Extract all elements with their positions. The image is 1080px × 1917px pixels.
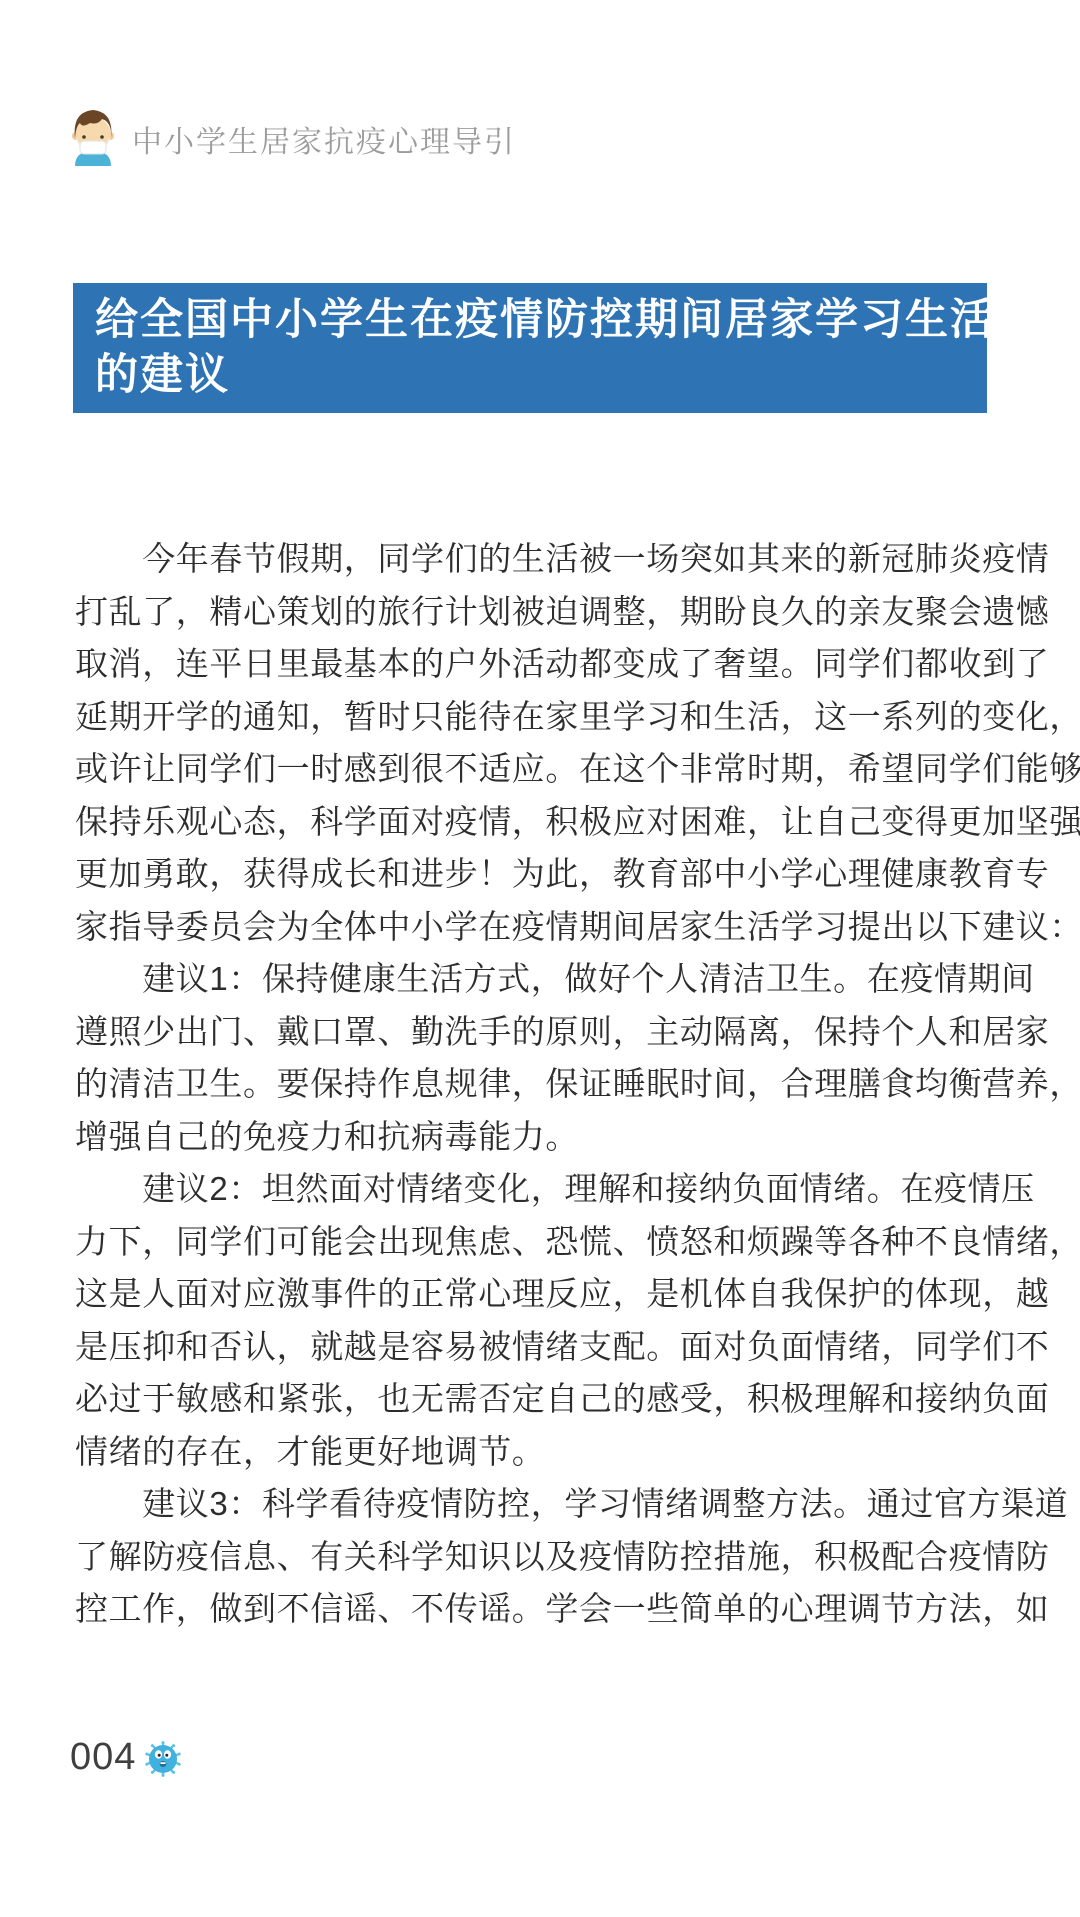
body-text-line: 打乱了，精心策划的旅行计划被迫调整，期盼良久的亲友聚会遗憾 — [75, 586, 993, 639]
virus-icon — [145, 1741, 181, 1777]
body-text-line: 必过于敏感和紧张，也无需否定自己的感受，积极理解和接纳负面 — [75, 1373, 993, 1426]
body-text-line: 这是人面对应激事件的正常心理反应，是机体自我保护的体现，越 — [75, 1268, 993, 1321]
body-text-line: 情绪的存在，才能更好地调节。 — [75, 1426, 993, 1479]
body-text-line: 遵照少出门、戴口罩、勤洗手的原则，主动隔离，保持个人和居家 — [75, 1006, 993, 1059]
body-text-line: 建议1：保持健康生活方式，做好个人清洁卫生。在疫情期间 — [75, 953, 993, 1006]
banner-title-line: 的建议 — [95, 348, 971, 403]
body-text-line: 的清洁卫生。要保持作息规律，保证睡眠时间，合理膳食均衡营养， — [75, 1058, 993, 1111]
body-text: 今年春节假期，同学们的生活被一场突如其来的新冠肺炎疫情 打乱了，精心策划的旅行计… — [75, 533, 993, 1636]
masked-student-avatar-icon — [68, 104, 118, 166]
body-text-line: 取消，连平日里最基本的户外活动都变成了奢望。同学们都收到了 — [75, 638, 993, 691]
header-title: 中小学生居家抗疫心理导引 — [132, 128, 516, 166]
body-text-line: 保持乐观心态，科学面对疫情，积极应对困难，让自己变得更加坚强、 — [75, 796, 993, 849]
body-text-line: 控工作，做到不信谣、不传谣。学会一些简单的心理调节方法，如 — [75, 1583, 993, 1636]
banner-title-line: 给全国中小学生在疫情防控期间居家学习生活 — [95, 293, 971, 348]
body-text-line: 了解防疫信息、有关科学知识以及疫情防控措施，积极配合疫情防 — [75, 1531, 993, 1584]
body-text-line: 今年春节假期，同学们的生活被一场突如其来的新冠肺炎疫情 — [75, 533, 993, 586]
page-header: 中小学生居家抗疫心理导引 — [68, 104, 516, 166]
title-banner: 给全国中小学生在疫情防控期间居家学习生活 的建议 — [73, 283, 987, 413]
page-footer: 004 — [70, 1736, 181, 1779]
body-text-line: 更加勇敢，获得成长和进步！为此，教育部中小学心理健康教育专 — [75, 848, 993, 901]
body-text-line: 建议3：科学看待疫情防控，学习情绪调整方法。通过官方渠道 — [75, 1478, 993, 1531]
body-text-line: 是压抑和否认，就越是容易被情绪支配。面对负面情绪，同学们不 — [75, 1321, 993, 1374]
body-text-line: 力下，同学们可能会出现焦虑、恐慌、愤怒和烦躁等各种不良情绪， — [75, 1216, 993, 1269]
body-text-line: 建议2：坦然面对情绪变化，理解和接纳负面情绪。在疫情压 — [75, 1163, 993, 1216]
body-text-line: 家指导委员会为全体中小学在疫情期间居家生活学习提出以下建议： — [75, 901, 993, 954]
page-number: 004 — [70, 1736, 136, 1779]
body-text-line: 或许让同学们一时感到很不适应。在这个非常时期，希望同学们能够 — [75, 743, 993, 796]
body-text-line: 增强自己的免疫力和抗病毒能力。 — [75, 1111, 993, 1164]
body-text-line: 延期开学的通知，暂时只能待在家里学习和生活，这一系列的变化， — [75, 691, 993, 744]
